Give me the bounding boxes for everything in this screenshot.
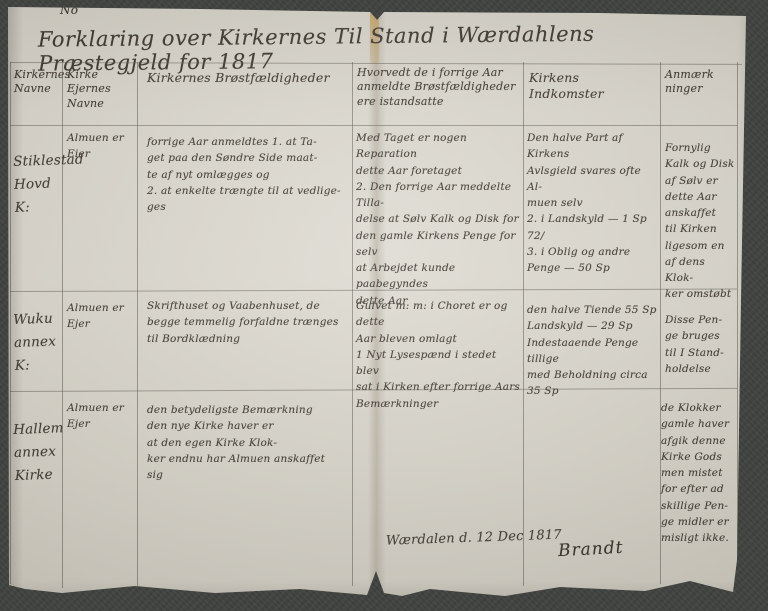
column-header-income: Kirkens Indkomster xyxy=(529,70,655,103)
cell-income: den halve Tiende 55 Sp Landskyld — 29 Sp… xyxy=(527,302,659,400)
cell-remarks: Fornylig Kalk og Disk af Sølv er dette A… xyxy=(665,140,735,303)
grid-vline xyxy=(523,62,524,586)
grid-vline xyxy=(137,62,138,586)
cell-repairs: Gulvet m: m: i Choret er og dette Aar bl… xyxy=(356,298,522,412)
column-header-church: Kirkernes Navne xyxy=(14,68,60,97)
cell-repairs: Med Taget er nogen Reparation dette Aar … xyxy=(356,130,520,309)
cell-remarks: Disse Pen- ge bruges til I Stand- holdel… xyxy=(665,312,733,377)
cell-defects: Skrifthuset og Vaabenhuset, de begge tem… xyxy=(147,298,351,347)
column-header-owner: Kirke Ejernes Navne xyxy=(67,68,133,111)
cell-church-name: Stiklestad Hovd K: xyxy=(13,149,65,220)
title-number-mark: No xyxy=(60,3,78,17)
cell-income: Den halve Part af Kirkens Avlsgield svar… xyxy=(527,130,659,276)
column-header-defects: Kirkernes Brøstfældigheder xyxy=(147,70,347,86)
paper-sheet: No Forklaring over Kirkernes Til Stand i… xyxy=(0,0,768,611)
cell-church-name: Hallem annex Kirke xyxy=(13,417,71,488)
cell-remarks: de Klokker gamle haver afgik denne Kirke… xyxy=(661,400,735,546)
cell-defects: den betydeligste Bemærkning den nye Kirk… xyxy=(147,402,353,483)
scan-background: No Forklaring over Kirkernes Til Stand i… xyxy=(0,0,768,611)
cell-defects: forrige Aar anmeldtes 1. at Ta- get paa … xyxy=(147,134,349,215)
cell-owner: Almuen er Ejer xyxy=(67,300,135,333)
cell-owner: Almuen er Ejer xyxy=(67,400,135,433)
grid-hline xyxy=(10,125,737,126)
grid-vline xyxy=(10,62,11,584)
column-header-remarks: Anmærk ninger xyxy=(665,68,733,97)
grid-vline xyxy=(352,62,353,586)
grid-vline xyxy=(737,62,738,582)
column-header-repairs: Hvorvedt de i forrige Aar anmeldte Brøst… xyxy=(357,66,519,109)
cell-church-name: Wuku annex K: xyxy=(13,307,69,378)
cell-owner: Almuen er Eier xyxy=(67,130,135,163)
